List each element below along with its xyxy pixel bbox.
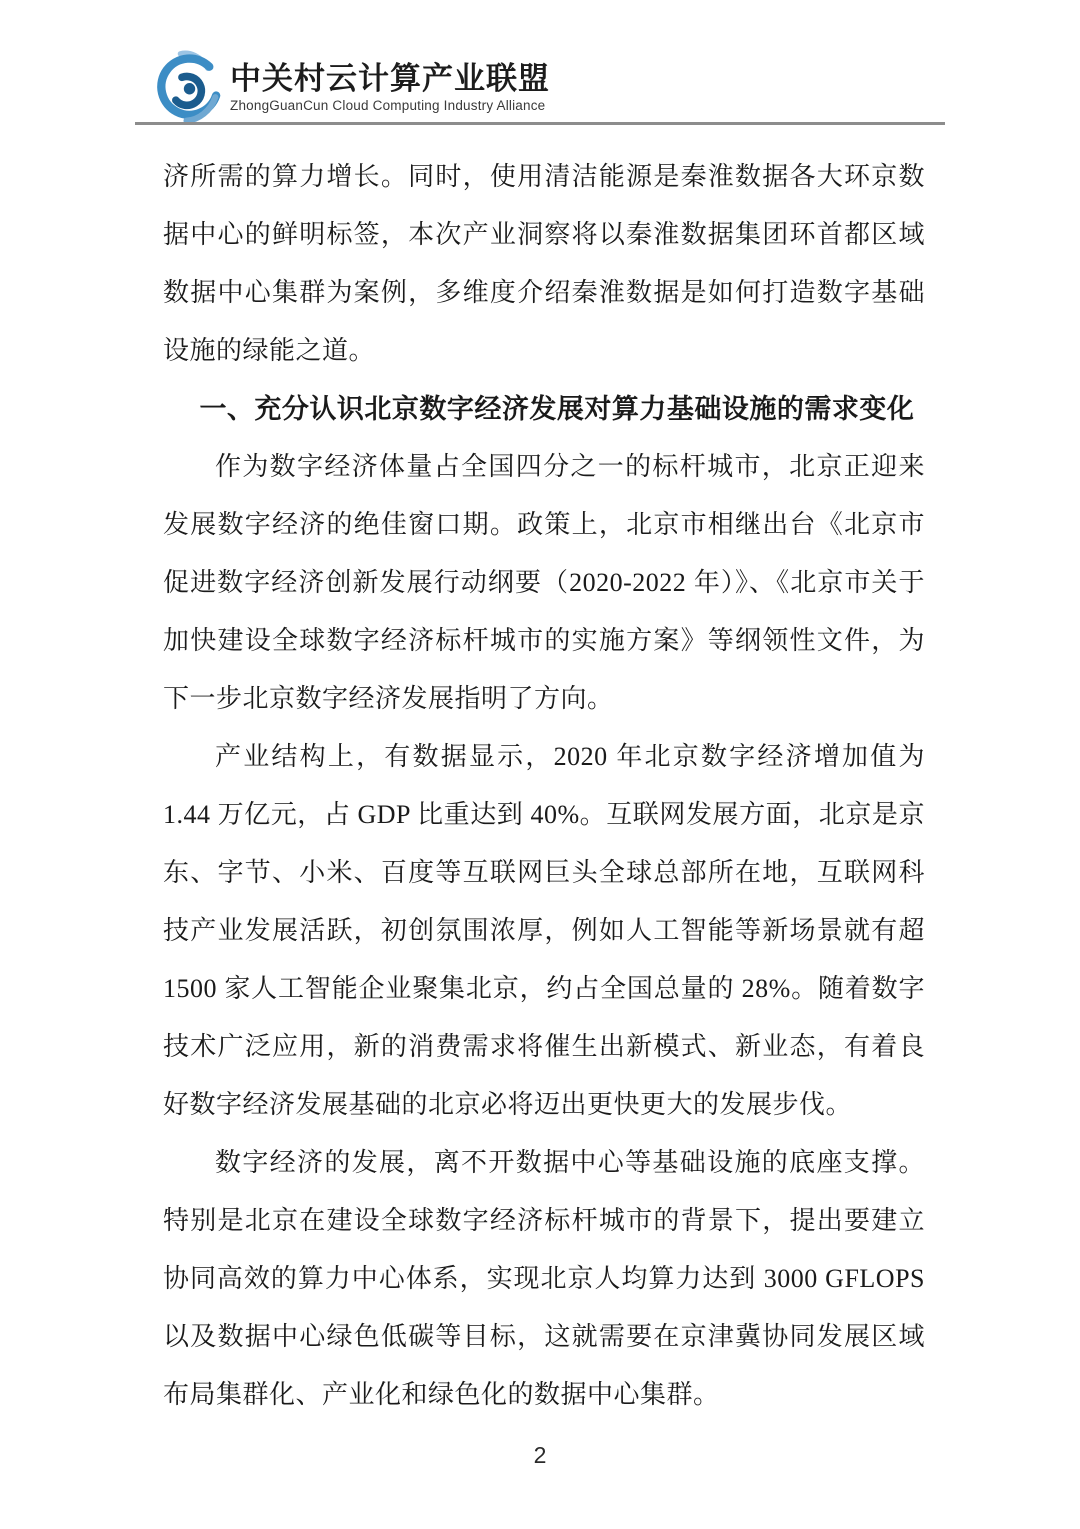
org-name-english: ZhongGuanCun Cloud Computing Industry Al… (230, 98, 550, 114)
page-number: 2 (0, 1442, 1080, 1469)
document-body: 济所需的算力增长。同时，使用清洁能源是秦淮数据各大环京数据中心的鲜明标签，本次产… (163, 148, 925, 1424)
logo-text-block: 中关村云计算产业联盟 ZhongGuanCun Cloud Computing … (230, 50, 550, 114)
header-divider (135, 122, 945, 125)
org-name: 中关村云计算产业联盟 (230, 62, 550, 95)
paragraph: 数字经济的发展，离不开数据中心等基础设施的底座支撑。特别是北京在建设全球数字经济… (163, 1134, 925, 1424)
org-logo: 中关村云计算产业联盟 ZhongGuanCun Cloud Computing … (150, 50, 950, 126)
page-header: 中关村云计算产业联盟 ZhongGuanCun Cloud Computing … (150, 50, 950, 126)
cloud-swirl-icon (150, 50, 226, 126)
document-page: 中关村云计算产业联盟 ZhongGuanCun Cloud Computing … (0, 0, 1080, 1529)
section-heading: 一、充分认识北京数字经济发展对算力基础设施的需求变化 (163, 380, 925, 438)
paragraph: 作为数字经济体量占全国四分之一的标杆城市，北京正迎来发展数字经济的绝佳窗口期。政… (163, 438, 925, 728)
paragraph-continued: 济所需的算力增长。同时，使用清洁能源是秦淮数据各大环京数据中心的鲜明标签，本次产… (163, 148, 925, 380)
paragraph: 产业结构上，有数据显示，2020 年北京数字经济增加值为 1.44 万亿元，占 … (163, 728, 925, 1134)
